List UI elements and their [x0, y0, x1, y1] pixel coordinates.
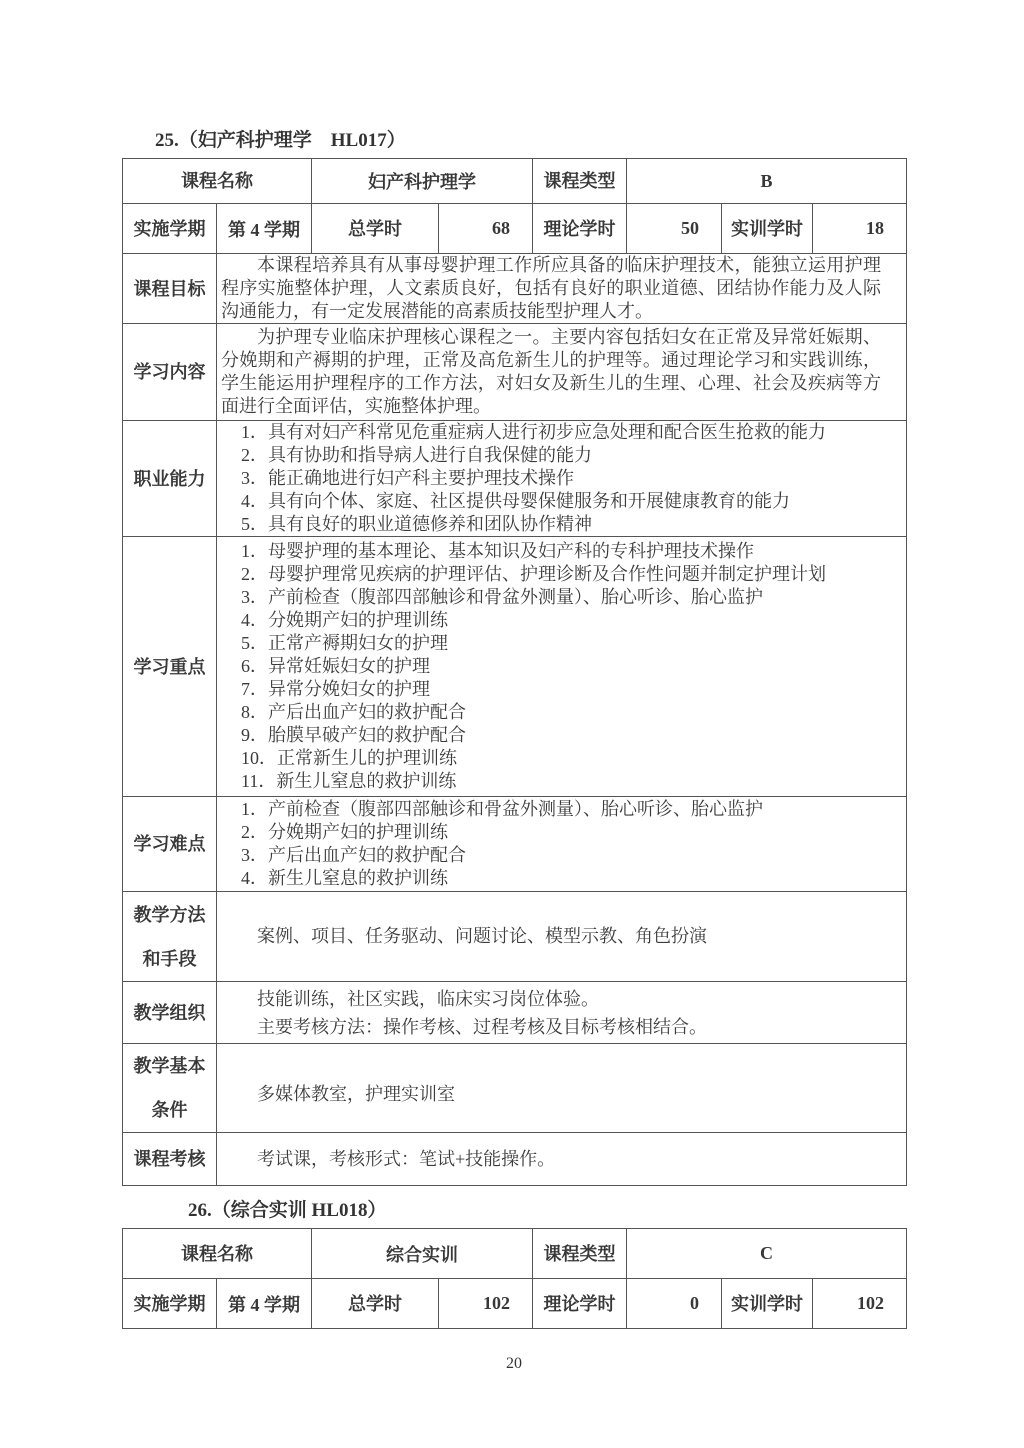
- key-points-list: 1．母婴护理的基本理论、基本知识及妇产科的专科护理技术操作2．母婴护理常见疾病的…: [217, 540, 906, 793]
- ability-list: 1．具有对妇产科常见危重症病人进行初步应急处理和配合医生抢救的能力2．具有协助和…: [217, 421, 906, 536]
- methods-cell: 案例、项目、任务驱动、问题讨论、模型示教、角色扮演: [217, 892, 907, 982]
- table-row: 课程名称 妇产科护理学 课程类型 B: [123, 159, 907, 204]
- assessment-cell: 考试课，考核形式：笔试+技能操作。: [217, 1133, 907, 1186]
- content-text: 为护理专业临床护理核心课程之一。主要内容包括妇女在正常及异常妊娠期、分娩期和产褥…: [221, 326, 881, 418]
- list-item: 3．产后出血产妇的救护配合: [241, 844, 906, 867]
- semester-label: 实施学期: [123, 204, 217, 254]
- table-row: 学习重点 1．母婴护理的基本理论、基本知识及妇产科的专科护理技术操作2．母婴护理…: [123, 537, 907, 797]
- table-row: 学习难点 1．产前检查（腹部四部触诊和骨盆外测量）、胎心听诊、胎心监护2．分娩期…: [123, 797, 907, 892]
- list-item: 5．具有良好的职业道德修养和团队协作精神: [241, 513, 906, 536]
- course-name-label: 课程名称: [123, 159, 312, 204]
- list-item: 2．分娩期产妇的护理训练: [241, 821, 906, 844]
- course-type-label: 课程类型: [533, 1229, 627, 1279]
- table-row: 课程目标 本课程培养具有从事母婴护理工作所应具备的临床护理技术，能独立运用护理程…: [123, 254, 907, 324]
- organization-lines: 技能训练，社区实践，临床实习岗位体验。主要考核方法：操作考核、过程考核及目标考核…: [217, 985, 906, 1041]
- table-row: 实施学期 第 4 学期 总学时 68 理论学时 50 实训学时 18: [123, 204, 907, 254]
- course-25-title: 25.（妇产科护理学 HL017）: [122, 130, 906, 152]
- ability-label: 职业能力: [123, 421, 217, 537]
- list-item: 1．母婴护理的基本理论、基本知识及妇产科的专科护理技术操作: [241, 540, 906, 563]
- practice-hours-value: 18: [813, 204, 907, 254]
- list-item: 10．正常新生儿的护理训练: [241, 747, 906, 770]
- course-26-title: 26.（综合实训 HL018）: [122, 1200, 906, 1222]
- course-name-value: 妇产科护理学: [312, 159, 533, 204]
- total-hours-value: 102: [439, 1279, 533, 1329]
- semester-value: 第 4 学期: [217, 1279, 312, 1329]
- difficult-points-cell: 1．产前检查（腹部四部触诊和骨盆外测量）、胎心听诊、胎心监护2．分娩期产妇的护理…: [217, 797, 907, 892]
- list-item: 4．新生儿窒息的救护训练: [241, 867, 906, 890]
- course-type-value: C: [627, 1229, 907, 1279]
- document-page: { "colors": { "background": "#ffffff", "…: [0, 0, 1024, 1448]
- course-name-label: 课程名称: [123, 1229, 312, 1279]
- difficult-points-list: 1．产前检查（腹部四部触诊和骨盆外测量）、胎心听诊、胎心监护2．分娩期产妇的护理…: [217, 798, 906, 890]
- theory-hours-value: 50: [627, 204, 722, 254]
- assessment-text: 考试课，考核形式：笔试+技能操作。: [221, 1148, 881, 1171]
- list-item: 4．分娩期产妇的护理训练: [241, 609, 906, 632]
- table-row: 实施学期 第 4 学期 总学时 102 理论学时 0 实训学时 102: [123, 1279, 907, 1329]
- list-item: 2．具有协助和指导病人进行自我保健的能力: [241, 444, 906, 467]
- table-row: 学习内容 为护理专业临床护理核心课程之一。主要内容包括妇女在正常及异常妊娠期、分…: [123, 324, 907, 421]
- content-cell: 为护理专业临床护理核心课程之一。主要内容包括妇女在正常及异常妊娠期、分娩期和产褥…: [217, 324, 907, 421]
- list-item: 技能训练，社区实践，临床实习岗位体验。: [221, 985, 881, 1013]
- content-label: 学习内容: [123, 324, 217, 421]
- theory-hours-value: 0: [627, 1279, 722, 1329]
- course-25-table: 课程名称 妇产科护理学 课程类型 B 实施学期 第 4 学期 总学时 68 理论…: [122, 158, 907, 1186]
- list-item: 3．产前检查（腹部四部触诊和骨盆外测量）、胎心听诊、胎心监护: [241, 586, 906, 609]
- list-item: 8．产后出血产妇的救护配合: [241, 701, 906, 724]
- document-body: 25.（妇产科护理学 HL017） 课程名称 妇产科护理学 课程类型 B 实施学…: [122, 130, 906, 1373]
- assessment-label: 课程考核: [123, 1133, 217, 1186]
- table-row: 教学方法和手段 案例、项目、任务驱动、问题讨论、模型示教、角色扮演: [123, 892, 907, 982]
- list-item: 7．异常分娩妇女的护理: [241, 678, 906, 701]
- theory-hours-label: 理论学时: [533, 1279, 627, 1329]
- objective-label: 课程目标: [123, 254, 217, 324]
- course-type-label: 课程类型: [533, 159, 627, 204]
- course-name-value: 综合实训: [312, 1229, 533, 1279]
- practice-hours-label: 实训学时: [722, 1279, 813, 1329]
- list-item: 2．母婴护理常见疾病的护理评估、护理诊断及合作性问题并制定护理计划: [241, 563, 906, 586]
- methods-text: 案例、项目、任务驱动、问题讨论、模型示教、角色扮演: [221, 925, 881, 948]
- objective-text: 本课程培养具有从事母婴护理工作所应具备的临床护理技术，能独立运用护理程序实施整体…: [221, 254, 881, 323]
- page-number: 20: [122, 1355, 906, 1373]
- table-row: 课程名称 综合实训 课程类型 C: [123, 1229, 907, 1279]
- table-row: 职业能力 1．具有对妇产科常见危重症病人进行初步应急处理和配合医生抢救的能力2．…: [123, 421, 907, 537]
- course-type-value: B: [627, 159, 907, 204]
- list-item: 1．具有对妇产科常见危重症病人进行初步应急处理和配合医生抢救的能力: [241, 421, 906, 444]
- semester-label: 实施学期: [123, 1279, 217, 1329]
- practice-hours-value: 102: [813, 1279, 907, 1329]
- organization-cell: 技能训练，社区实践，临床实习岗位体验。主要考核方法：操作考核、过程考核及目标考核…: [217, 982, 907, 1044]
- total-hours-value: 68: [439, 204, 533, 254]
- organization-label: 教学组织: [123, 982, 217, 1044]
- methods-label: 教学方法和手段: [123, 892, 217, 982]
- objective-cell: 本课程培养具有从事母婴护理工作所应具备的临床护理技术，能独立运用护理程序实施整体…: [217, 254, 907, 324]
- list-item: 11．新生儿窒息的救护训练: [241, 770, 906, 793]
- facilities-label: 教学基本条件: [123, 1044, 217, 1133]
- list-item: 主要考核方法：操作考核、过程考核及目标考核相结合。: [221, 1013, 881, 1041]
- table-row: 教学基本条件 多媒体教室，护理实训室: [123, 1044, 907, 1133]
- practice-hours-label: 实训学时: [722, 204, 813, 254]
- ability-cell: 1．具有对妇产科常见危重症病人进行初步应急处理和配合医生抢救的能力2．具有协助和…: [217, 421, 907, 537]
- key-points-cell: 1．母婴护理的基本理论、基本知识及妇产科的专科护理技术操作2．母婴护理常见疾病的…: [217, 537, 907, 797]
- table-row: 教学组织 技能训练，社区实践，临床实习岗位体验。主要考核方法：操作考核、过程考核…: [123, 982, 907, 1044]
- theory-hours-label: 理论学时: [533, 204, 627, 254]
- list-item: 6．异常妊娠妇女的护理: [241, 655, 906, 678]
- semester-value: 第 4 学期: [217, 204, 312, 254]
- list-item: 9．胎膜早破产妇的救护配合: [241, 724, 906, 747]
- list-item: 4．具有向个体、家庭、社区提供母婴保健服务和开展健康教育的能力: [241, 490, 906, 513]
- course-26-table: 课程名称 综合实训 课程类型 C 实施学期 第 4 学期 总学时 102 理论学…: [122, 1228, 907, 1329]
- list-item: 1．产前检查（腹部四部触诊和骨盆外测量）、胎心听诊、胎心监护: [241, 798, 906, 821]
- total-hours-label: 总学时: [312, 204, 439, 254]
- difficult-points-label: 学习难点: [123, 797, 217, 892]
- facilities-cell: 多媒体教室，护理实训室: [217, 1044, 907, 1133]
- list-item: 5．正常产褥期妇女的护理: [241, 632, 906, 655]
- total-hours-label: 总学时: [312, 1279, 439, 1329]
- table-row: 课程考核 考试课，考核形式：笔试+技能操作。: [123, 1133, 907, 1186]
- key-points-label: 学习重点: [123, 537, 217, 797]
- list-item: 3．能正确地进行妇产科主要护理技术操作: [241, 467, 906, 490]
- facilities-text: 多媒体教室，护理实训室: [221, 1083, 881, 1106]
